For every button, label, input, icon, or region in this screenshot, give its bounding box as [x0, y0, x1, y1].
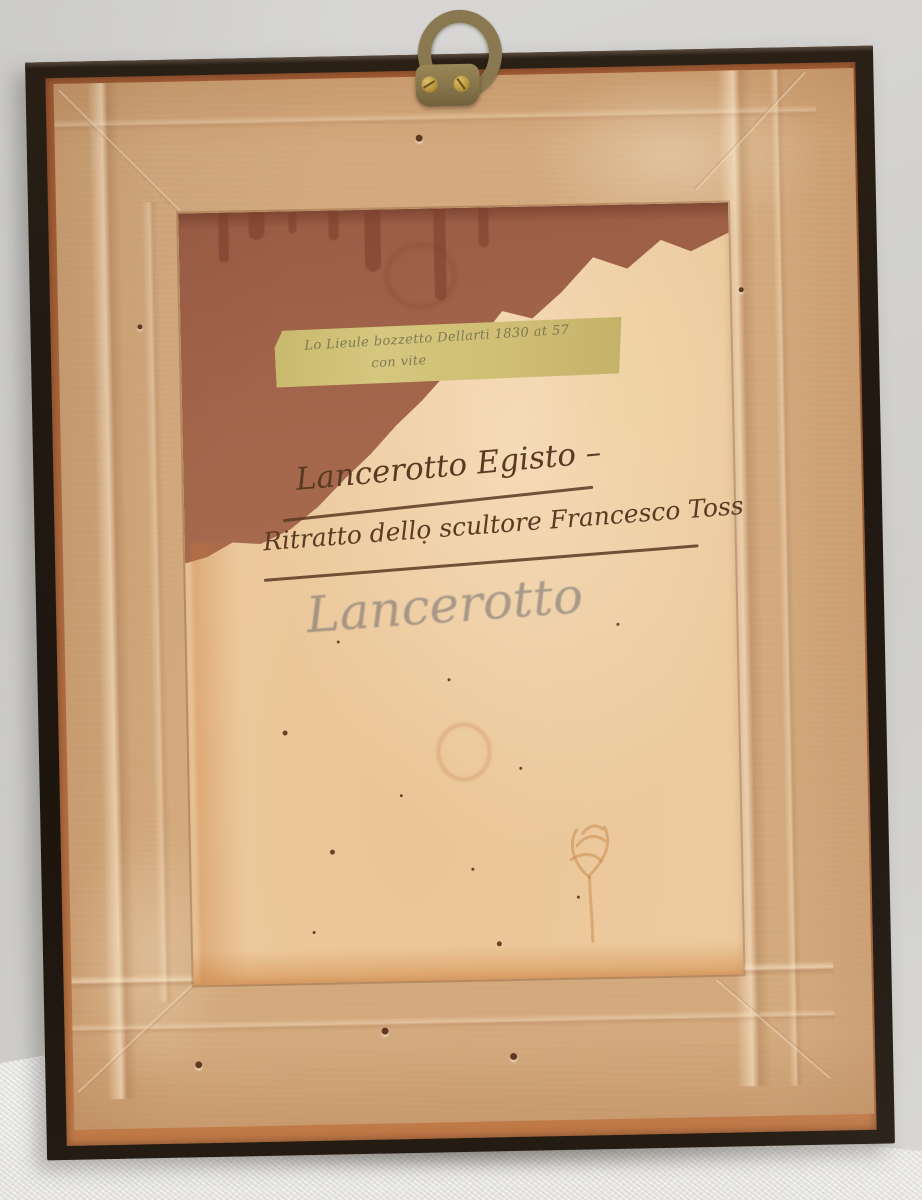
- drip-stain: [248, 212, 265, 240]
- nail-hole: [195, 1061, 202, 1068]
- drip-stain: [364, 210, 381, 272]
- nail-hole: [137, 324, 142, 329]
- pencil-signature: Lancerotto: [304, 566, 585, 644]
- nail-hole: [739, 287, 744, 292]
- picture-frame-back: Lo Lieule bozzetto Dellarti 1830 at 57 c…: [25, 46, 895, 1161]
- drip-stain: [218, 213, 229, 263]
- screw-slot: [423, 80, 435, 88]
- central-backing-panel: Lo Lieule bozzetto Dellarti 1830 at 57 c…: [178, 203, 743, 986]
- drip-stain: [288, 211, 296, 233]
- tree-shaped-stain: [532, 812, 650, 944]
- ring-shaped-stain: [436, 722, 491, 781]
- brass-ring-hanger: [412, 9, 483, 160]
- drip-stain: [478, 207, 489, 247]
- corner-fold-crease: [716, 978, 831, 1078]
- screw-slot: [456, 78, 465, 90]
- drip-stain: [328, 210, 339, 240]
- nail-hole: [382, 1028, 389, 1035]
- bottom-stain-band: [193, 940, 744, 985]
- nail-hole: [510, 1053, 517, 1060]
- photo-backdrop: Lo Lieule bozzetto Dellarti 1830 at 57 c…: [0, 0, 922, 1200]
- fox-spots: [178, 214, 181, 217]
- tape-label-line2: con vite: [371, 353, 427, 371]
- paint-specks: [25, 63, 28, 66]
- paper-crease: [769, 69, 803, 1085]
- circular-stain: [384, 242, 457, 309]
- backing-paper: Lo Lieule bozzetto Dellarti 1830 at 57 c…: [54, 68, 875, 1130]
- left-edge-stain: [191, 542, 248, 983]
